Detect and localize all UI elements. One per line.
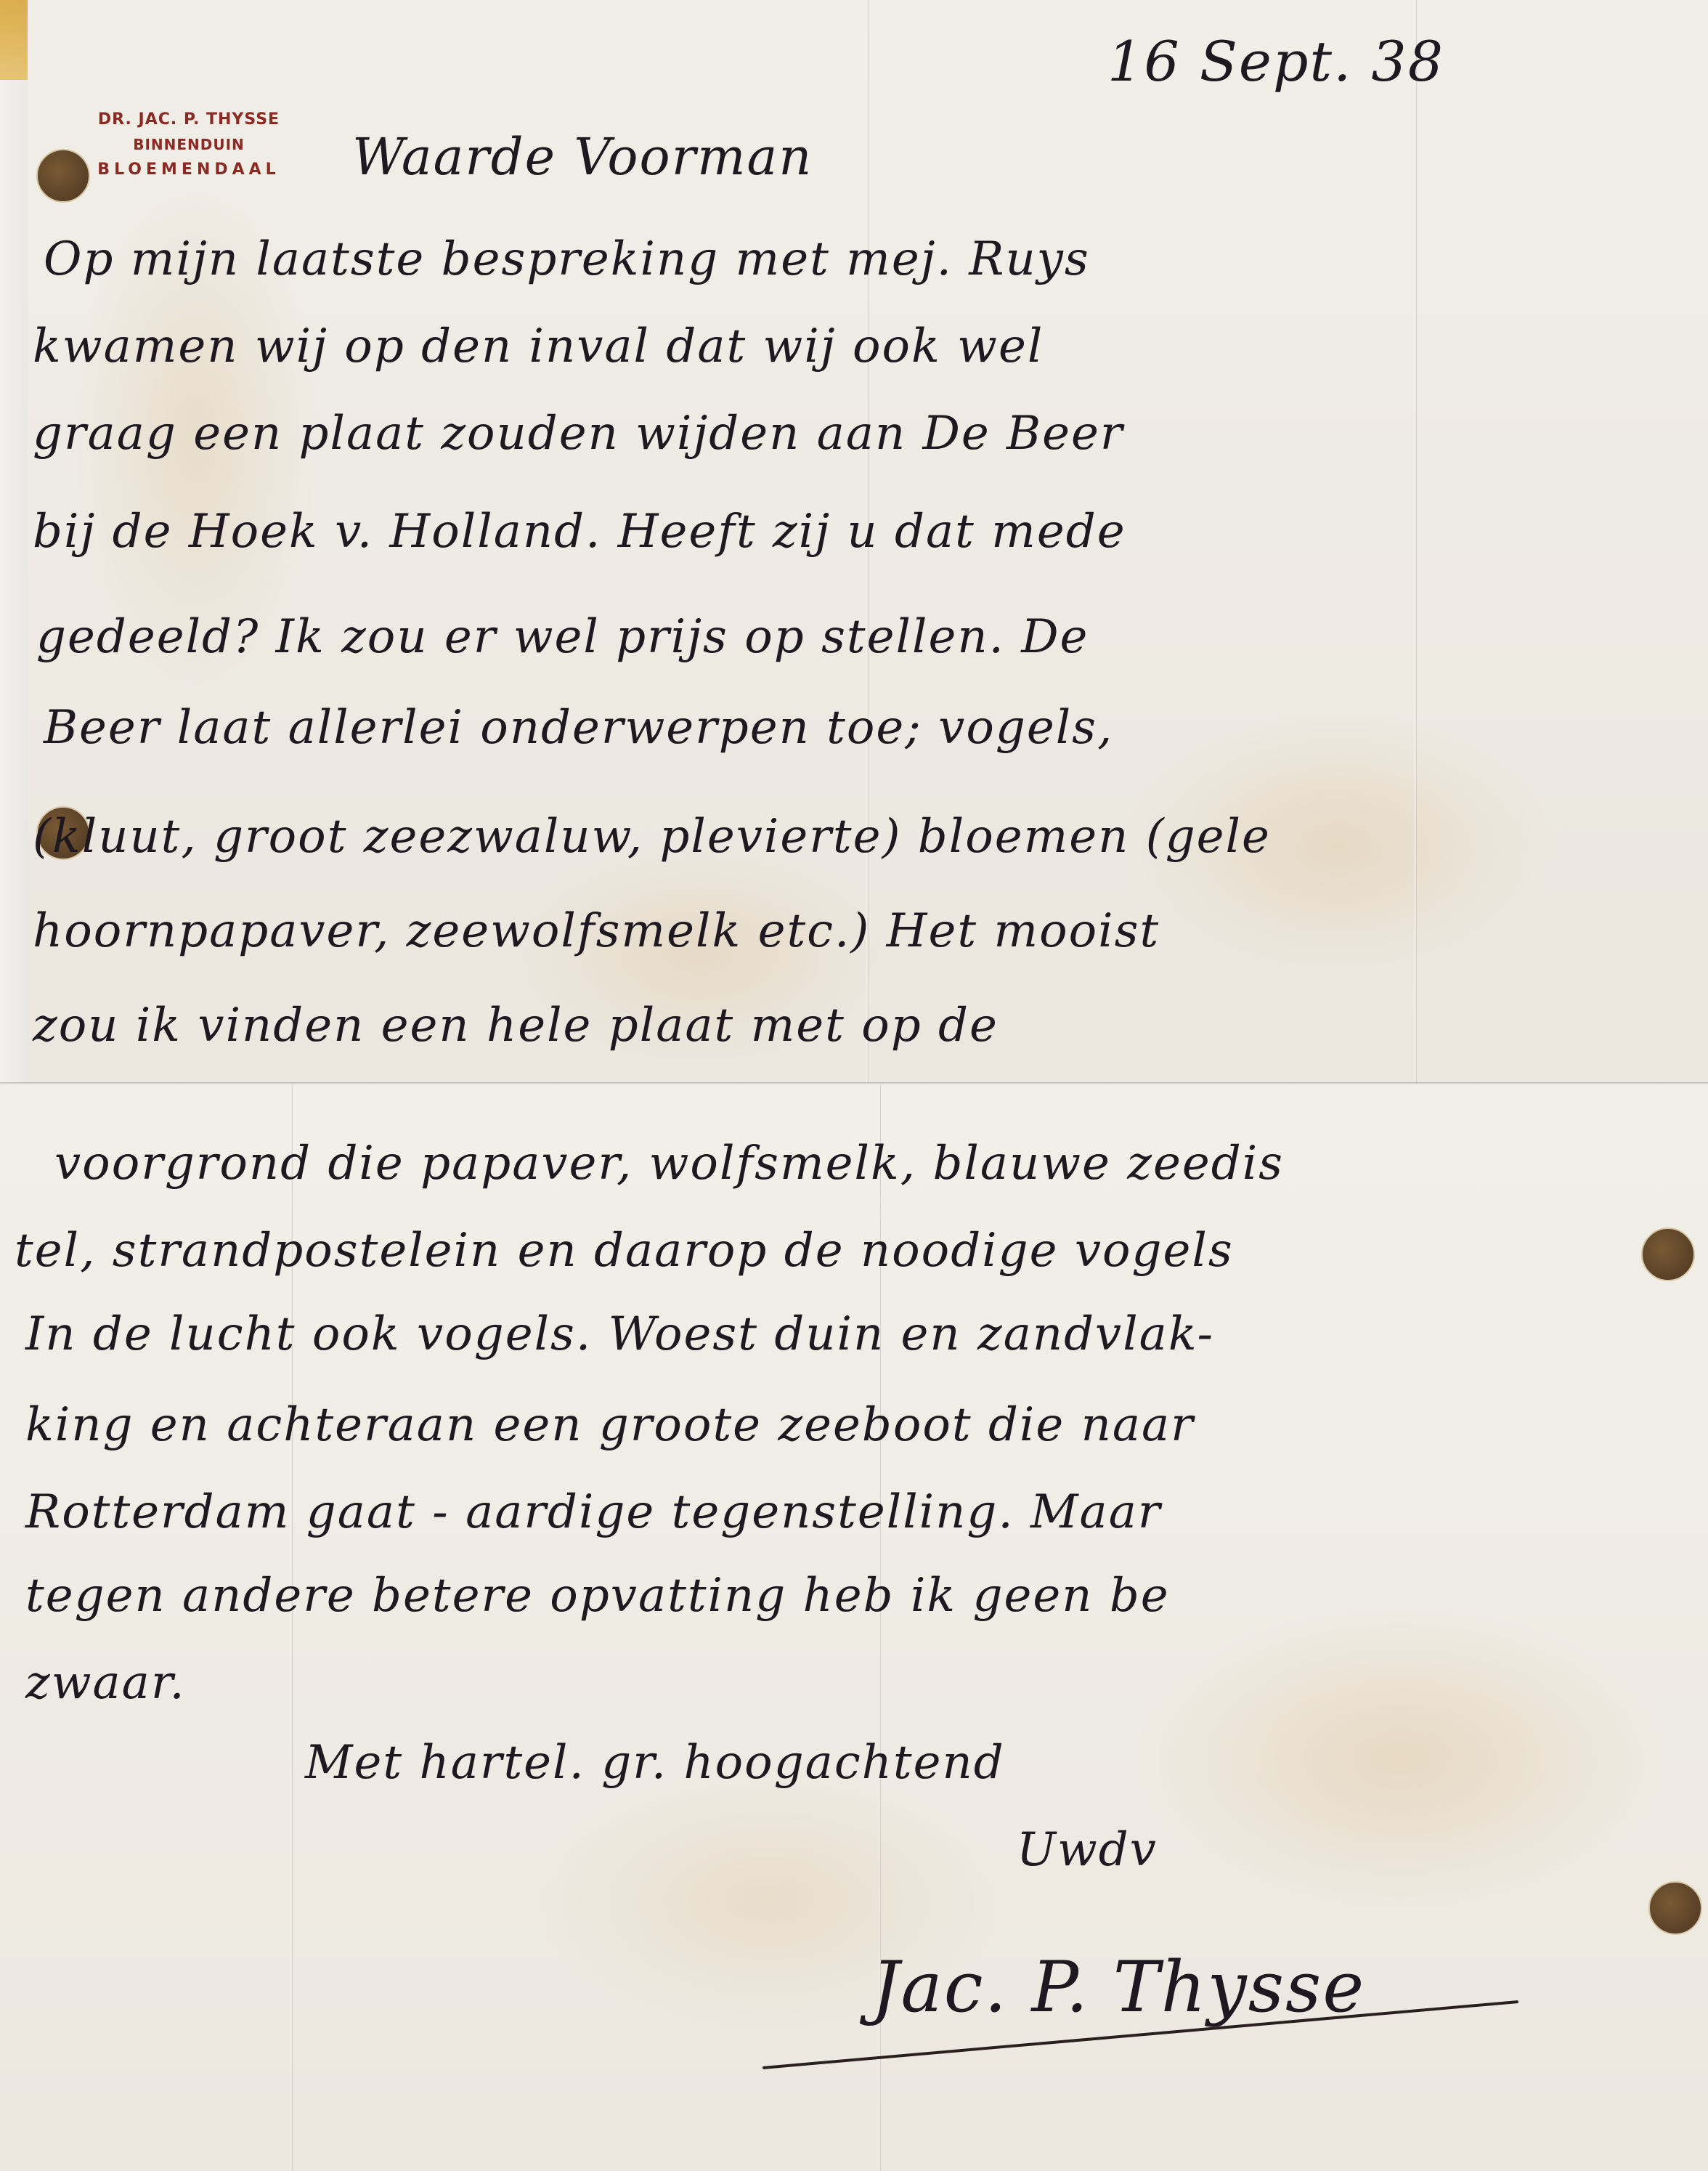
punch-hole <box>1648 1881 1702 1935</box>
letterhead-town: BLOEMENDAAL <box>76 161 301 179</box>
body-line: (kluut, groot zeezwaluw, plevierte) bloe… <box>33 810 1271 864</box>
letterhead: DR. JAC. P. THYSSE BINNENDUIN BLOEMENDAA… <box>76 110 301 179</box>
body-line: graag een plaat zouden wijden aan De Bee… <box>33 407 1123 460</box>
body-line: Rotterdam gaat - aardige tegenstelling. … <box>25 1485 1161 1539</box>
body-line: In de lucht ook vogels. Woest duin en za… <box>25 1307 1214 1361</box>
body-line: king en achteraan een groote zeeboot die… <box>25 1398 1195 1452</box>
punch-hole <box>1641 1227 1695 1281</box>
body-line: bij de Hoek v. Holland. Heeft zij u dat … <box>33 505 1126 559</box>
body-line: tel, strandpostelein en daarop de noodig… <box>15 1224 1234 1278</box>
letterhead-house: BINNENDUIN <box>76 136 301 153</box>
page-seam <box>0 1082 1708 1085</box>
closing: Met hartel. gr. hoogachtend <box>305 1736 1005 1790</box>
salutation: Waarde Voorman <box>352 127 813 187</box>
body-line: hoornpapaver, zeewolfsmelk etc.) Het moo… <box>33 904 1160 958</box>
fold-crease <box>1415 0 1417 1084</box>
letter-date: 16 Sept. 38 <box>1107 29 1444 94</box>
body-line: gedeeld? Ik zou er wel prijs op stellen.… <box>36 610 1089 664</box>
body-line: voorgrond die papaver, wolfsmelk, blauwe… <box>54 1137 1284 1190</box>
body-line: Op mijn laatste bespreking met mej. Ruys <box>44 232 1090 286</box>
body-line: tegen andere betere opvatting heb ik gee… <box>25 1569 1170 1623</box>
body-line: Beer laat allerlei onderwerpen toe; voge… <box>44 701 1113 755</box>
body-line: zwaar. <box>25 1656 186 1710</box>
body-line: kwamen wij op den inval dat wij ook wel <box>33 320 1044 373</box>
closing-sub: Uwdv <box>1017 1823 1158 1877</box>
signature: Jac. P. Thysse <box>871 1947 1365 2028</box>
letterhead-name: DR. JAC. P. THYSSE <box>76 110 301 129</box>
body-line: zou ik vinden een hele plaat met op de <box>33 999 999 1052</box>
